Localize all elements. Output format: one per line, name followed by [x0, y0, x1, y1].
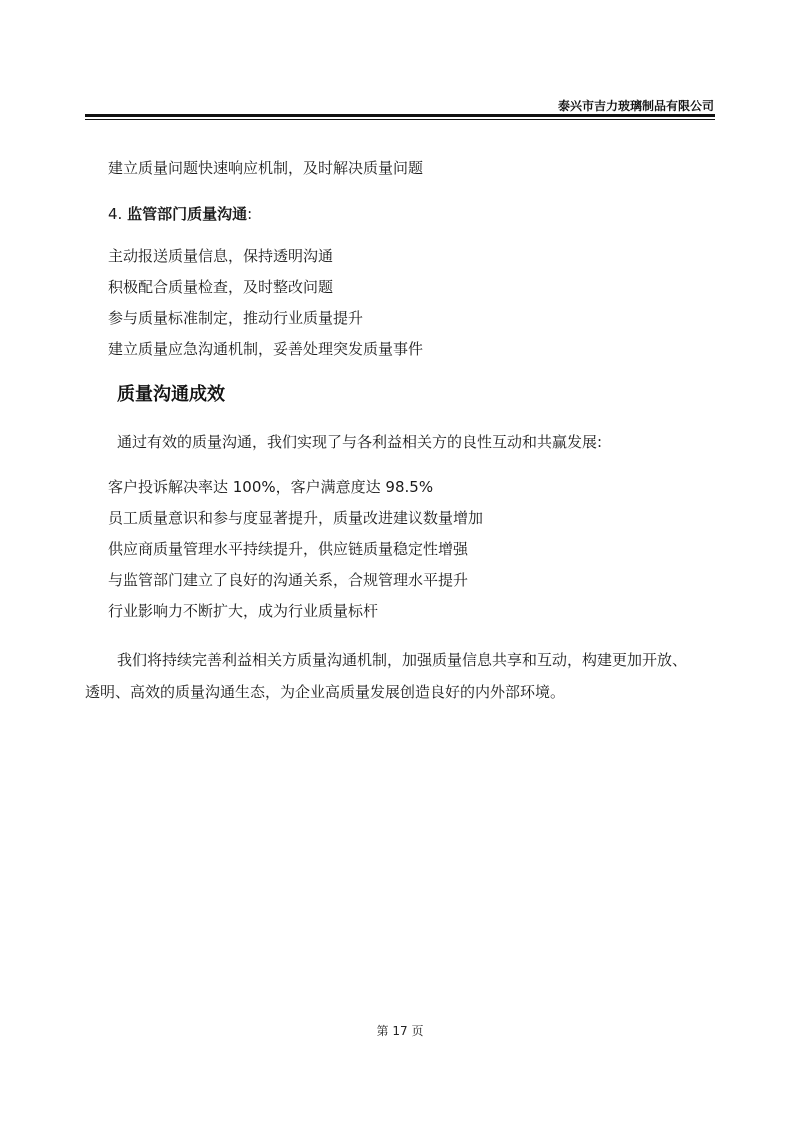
- result-item: 行业影响力不断扩大，成为行业质量标杆: [108, 601, 378, 621]
- page-number: 第 17 页: [0, 1022, 800, 1039]
- subsection-heading: 4. 监管部门质量沟通:: [108, 204, 252, 224]
- list-item: 积极配合质量检查，及时整改问题: [108, 277, 333, 297]
- closing-paragraph-line1: 我们将持续完善利益相关方质量沟通机制，加强质量信息共享和互动，构建更加开放、: [117, 650, 687, 670]
- header-rule-thick: [85, 114, 715, 117]
- result-item: 供应商质量管理水平持续提升，供应链质量稳定性增强: [108, 539, 468, 559]
- result-item: 与监管部门建立了良好的沟通关系，合规管理水平提升: [108, 570, 468, 590]
- subsection-colon: :: [247, 205, 252, 223]
- list-item: 参与质量标准制定，推动行业质量提升: [108, 308, 363, 328]
- intro-paragraph: 通过有效的质量沟通，我们实现了与各利益相关方的良性互动和共赢发展:: [117, 432, 602, 452]
- section-title: 质量沟通成效: [117, 383, 225, 407]
- header-rule-thin: [85, 119, 715, 120]
- header-company-name: 泰兴市吉力玻璃制品有限公司: [558, 97, 714, 114]
- result-item: 员工质量意识和参与度显著提升，质量改进建议数量增加: [108, 508, 483, 528]
- result-item: 客户投诉解决率达 100%，客户满意度达 98.5%: [108, 477, 433, 497]
- subsection-number: 4.: [108, 205, 127, 223]
- subsection-title: 监管部门质量沟通: [127, 205, 247, 223]
- paragraph-line: 建立质量问题快速响应机制，及时解决质量问题: [108, 158, 423, 178]
- closing-paragraph-line2: 透明、高效的质量沟通生态，为企业高质量发展创造良好的内外部环境。: [85, 682, 565, 702]
- list-item: 主动报送质量信息，保持透明沟通: [108, 246, 333, 266]
- list-item: 建立质量应急沟通机制，妥善处理突发质量事件: [108, 339, 423, 359]
